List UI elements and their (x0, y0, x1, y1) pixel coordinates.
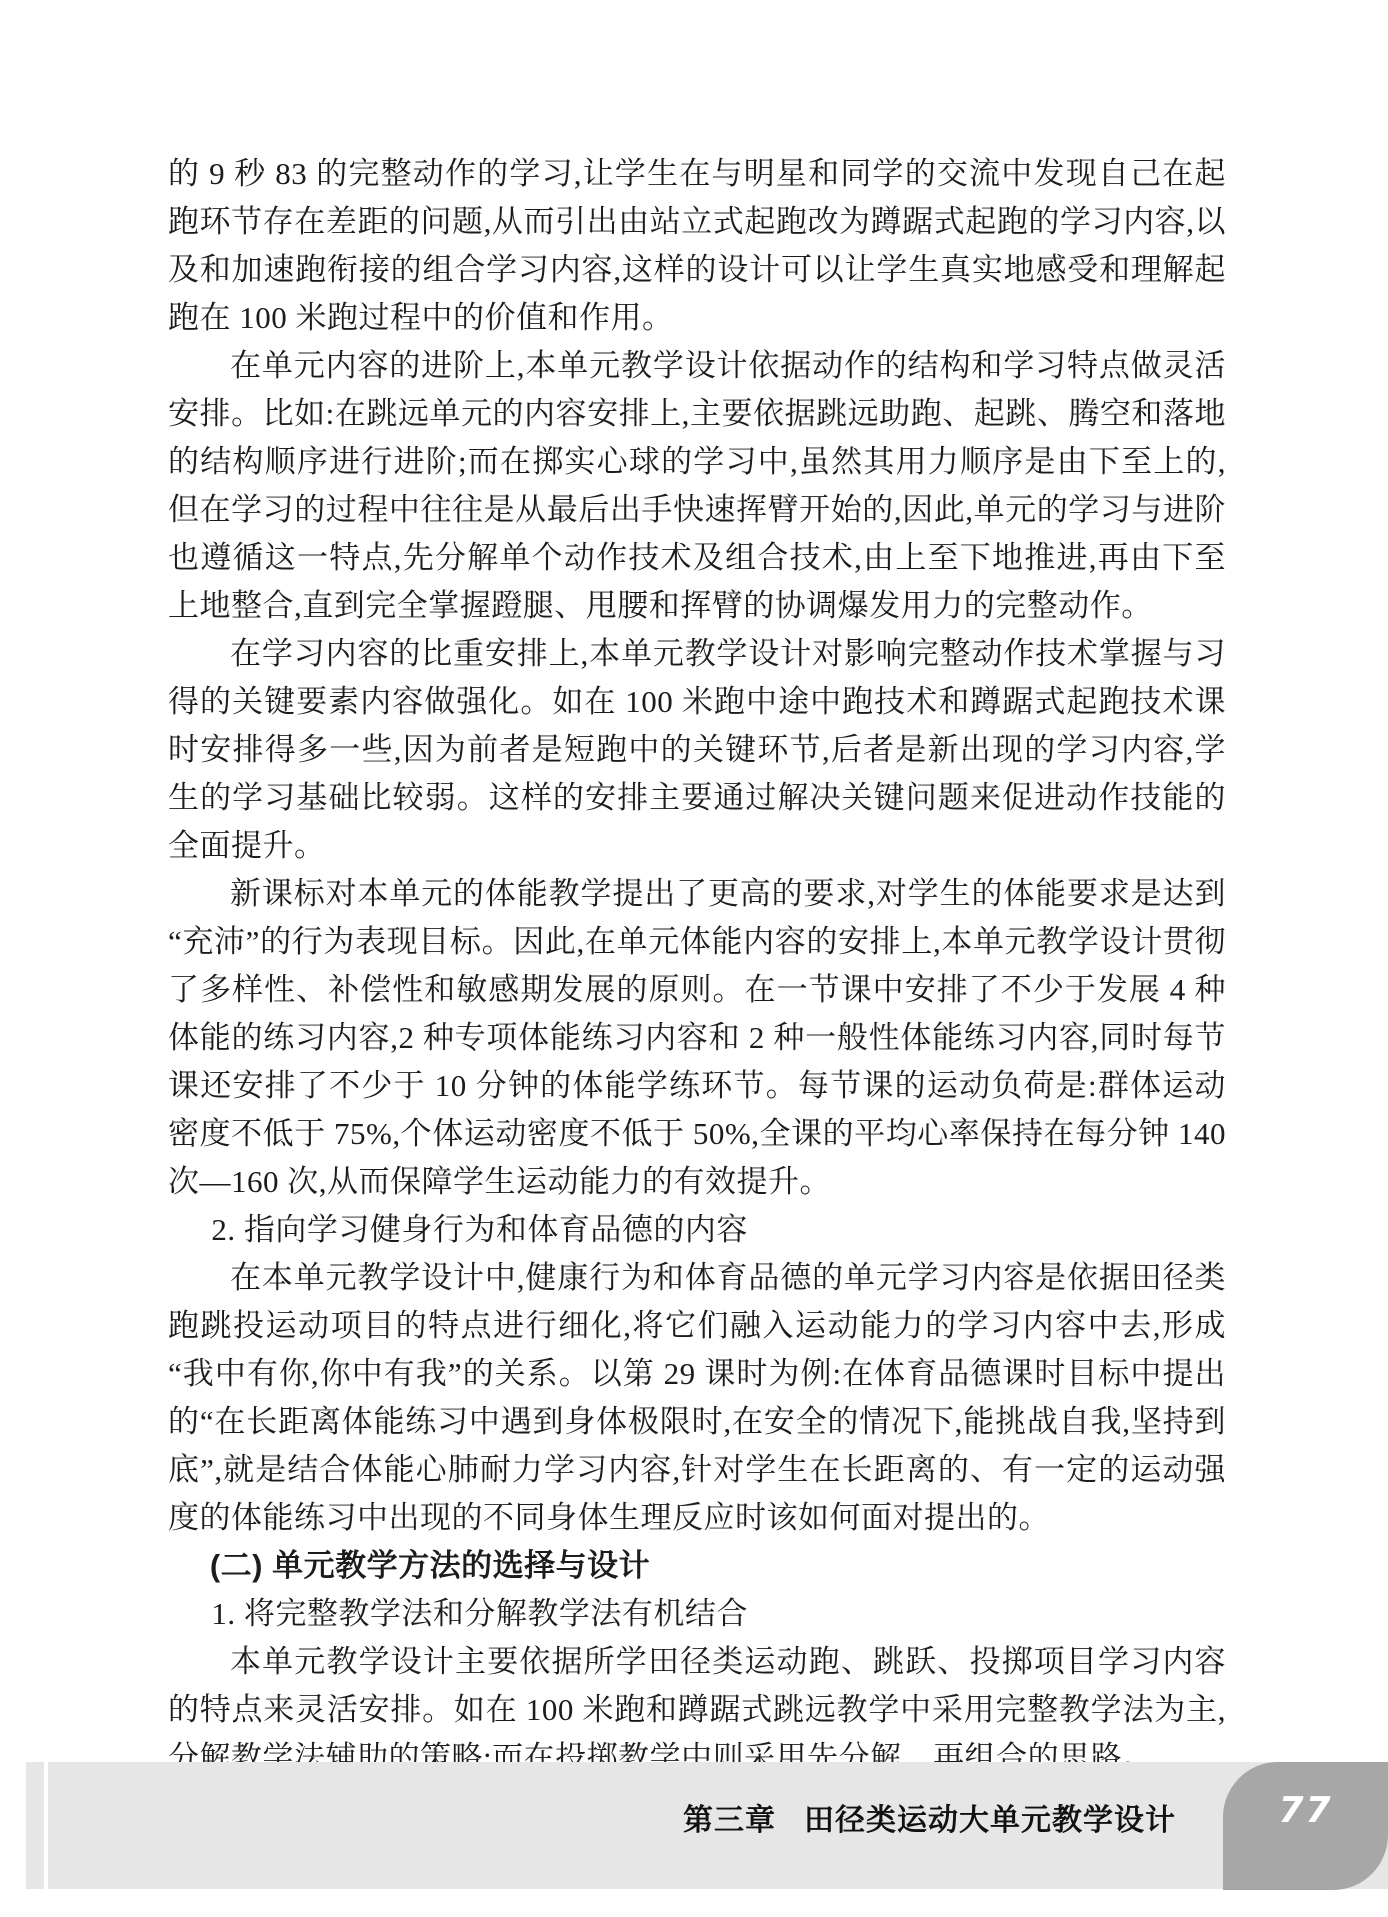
footer-left-tab (26, 1762, 44, 1889)
body-paragraph: 在单元内容的进阶上,本单元教学设计依据动作的结构和学习特点做灵活安排。比如:在跳… (168, 342, 1226, 630)
chapter-label: 第三章 (683, 1795, 776, 1839)
book-page: 的 9 秒 83 的完整动作的学习,让学生在与明星和同学的交流中发现自己在起跑环… (0, 0, 1388, 1917)
chapter-title: 田径类运动大单元教学设计 (804, 1795, 1176, 1839)
page-number: 77 (1278, 1790, 1332, 1831)
body-paragraph: 在本单元教学设计中,健康行为和体育品德的单元学习内容是依据田径类跑跳投运动项目的… (168, 1254, 1226, 1542)
running-footer: 第三章 田径类运动大单元教学设计 (683, 1762, 1176, 1872)
section-heading: (二) 单元教学方法的选择与设计 (168, 1542, 1226, 1590)
body-paragraph: 的 9 秒 83 的完整动作的学习,让学生在与明星和同学的交流中发现自己在起跑环… (168, 150, 1226, 342)
page-number-badge: 77 (1223, 1762, 1388, 1890)
numbered-subheading: 2. 指向学习健身行为和体育品德的内容 (168, 1206, 1226, 1254)
numbered-subheading: 1. 将完整教学法和分解教学法有机结合 (168, 1590, 1226, 1638)
body-paragraph: 本单元教学设计主要依据所学田径类运动跑、跳跃、投掷项目学习内容的特点来灵活安排。… (168, 1638, 1226, 1782)
body-paragraph: 在学习内容的比重安排上,本单元教学设计对影响完整动作技术掌握与习得的关键要素内容… (168, 630, 1226, 870)
body-paragraph: 新课标对本单元的体能教学提出了更高的要求,对学生的体能要求是达到“充沛”的行为表… (168, 870, 1226, 1206)
page-text-block: 的 9 秒 83 的完整动作的学习,让学生在与明星和同学的交流中发现自己在起跑环… (168, 150, 1226, 1782)
